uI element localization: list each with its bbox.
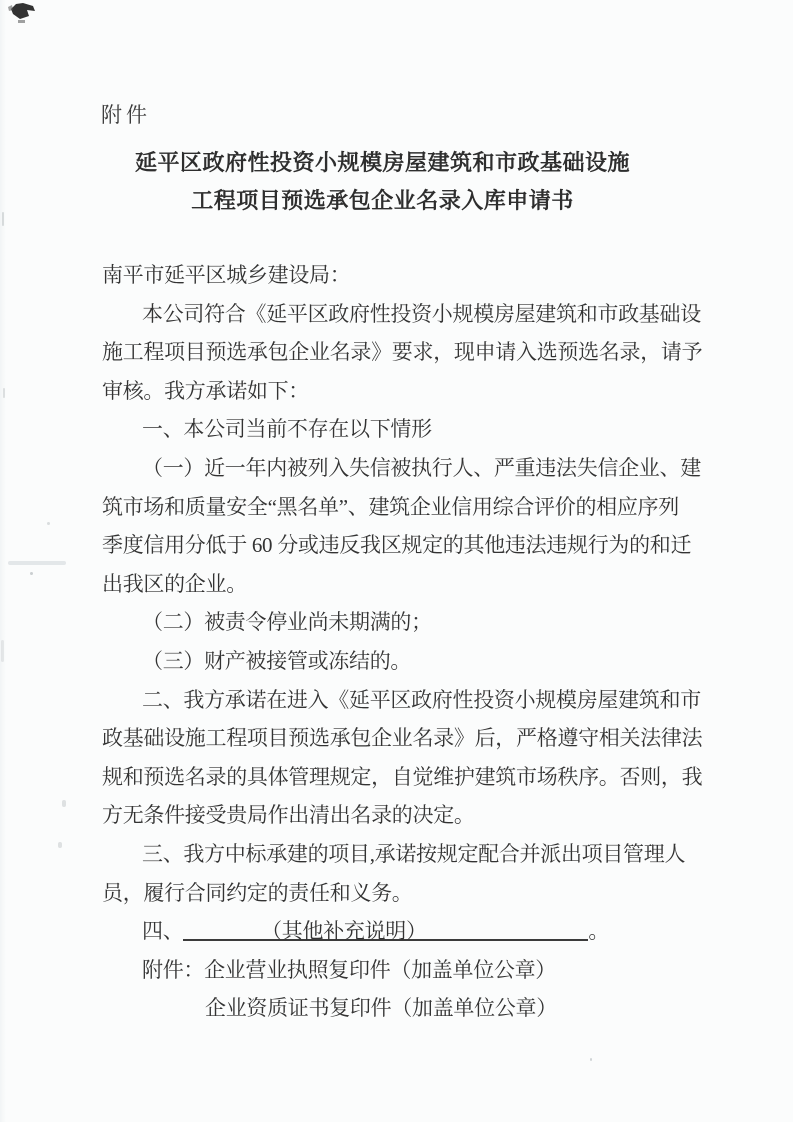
item-4-label: 四、 [142,919,183,943]
text-line: 规和预选名录的具体管理规定，自觉维护建筑市场秩序。否则，我 [102,758,722,797]
attachment-label: 附件 [101,99,151,129]
fill-in-blank-hint: （其他补充说明） [261,919,427,943]
scan-speckle [3,388,5,398]
document-title: 延平区政府性投资小规模房屋建筑和市政基础设施 工程项目预选承包企业名录入库申请书 [0,144,765,220]
text-line: 二、我方承诺在进入《延平区政府性投资小规模房屋建筑和市 [102,681,722,720]
text-line: 筑市场和质量安全“黑名单”、建筑企业信用综合评价的相应序列 [102,488,722,527]
text-line: 一、本公司当前不存在以下情形 [102,410,722,449]
document-body: 南平市延平区城乡建设局：本公司符合《延平区政府性投资小规模房屋建筑和市政基础设施… [102,256,722,1028]
scan-speckle [1,640,4,662]
scan-streak [8,561,66,565]
text-line: 南平市延平区城乡建设局： [102,256,722,295]
item-4-period: 。 [588,919,609,943]
text-line: 本公司符合《延平区政府性投资小规模房屋建筑和市政基础设 [102,295,722,334]
text-line: 企业资质证书复印件（加盖单位公章） [102,989,722,1028]
document-title-line2: 工程项目预选承包企业名录入库申请书 [0,182,765,220]
text-line: 季度信用分低于 60 分或违反我区规定的其他违法违规行为的和迁 [102,526,722,565]
scan-speckle [58,842,62,848]
text-line: 员，履行合同约定的责任和义务。 [102,874,722,913]
scan-speckle [590,1058,592,1061]
scan-speckle [30,572,33,575]
text-line: 政基础设施工程项目预选承包企业名录》后，严格遵守相关法律法 [102,719,722,758]
scan-speckle [62,800,66,807]
text-line: （一）近一年内被列入失信被执行人、严重违法失信企业、建 [102,449,722,488]
text-line: （二）被责令停业尚未期满的； [102,603,722,642]
body-lines-attachments: 附件：企业营业执照复印件（加盖单位公章）企业资质证书复印件（加盖单位公章） [102,951,722,1028]
text-line: 方无条件接受贵局作出清出名录的决定。 [102,796,722,835]
text-line: （三）财产被接管或冻结的。 [102,642,722,681]
text-line: 出我区的企业。 [102,565,722,604]
scanned-document-page: 附件 延平区政府性投资小规模房屋建筑和市政基础设施 工程项目预选承包企业名录入库… [0,0,793,1122]
body-lines-upper: 南平市延平区城乡建设局：本公司符合《延平区政府性投资小规模房屋建筑和市政基础设施… [102,256,722,912]
document-title-line1: 延平区政府性投资小规模房屋建筑和市政基础设施 [0,144,765,182]
text-line: 三、我方中标承建的项目,承诺按规定配合并派出项目管理人 [102,835,722,874]
scan-speckle [47,522,50,525]
text-line: 审核。我方承诺如下： [102,372,722,411]
item-4-line: 四、（其他补充说明）。 [102,912,722,951]
text-line: 附件：企业营业执照复印件（加盖单位公章） [102,951,722,990]
text-line: 施工程项目预选承包企业名录》要求，现申请入选预选名录，请予 [102,333,722,372]
scan-smudge-icon [6,2,38,33]
fill-in-blank-underline: （其他补充说明） [183,912,588,941]
